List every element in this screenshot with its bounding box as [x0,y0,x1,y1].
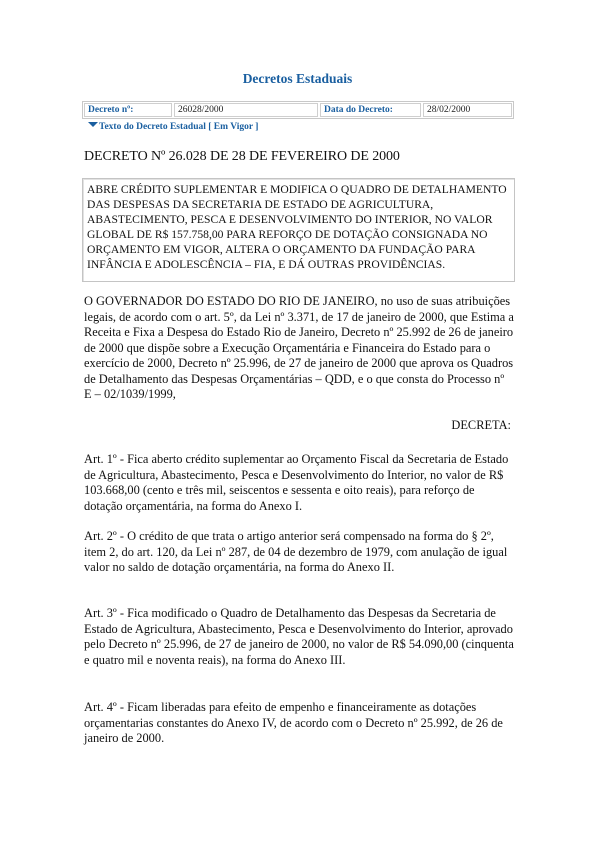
article-4: Art. 4º - Ficam liberadas para efeito de… [84,700,514,747]
article-1: Art. 1º - Fica aberto crédito suplementa… [84,452,514,514]
ementa-box: ABRE CRÉDITO SUPLEMENTAR E MODIFICA O QU… [82,178,515,282]
decree-date-value: 28/02/2000 [423,103,512,117]
decreta-label: DECRETA: [451,418,511,433]
decree-text-section-label: Texto do Decreto Estadual [ Em Vigor ] [99,122,258,132]
decree-heading: DECRETO Nº 26.028 DE 28 DE FEVEREIRO DE … [84,149,400,165]
decree-date-label: Data do Decreto: [320,103,421,117]
article-3: Art. 3º - Fica modificado o Quadro de De… [84,606,514,668]
page-title: Decretos Estaduais [0,71,595,87]
decree-text-section-toggle[interactable]: Texto do Decreto Estadual [ Em Vigor ] [88,122,258,132]
preamble-paragraph: O GOVERNADOR DO ESTADO DO RIO DE JANEIRO… [84,294,514,403]
triangle-down-icon [88,122,98,127]
decree-number-label: Decreto nº: [84,103,172,117]
decree-number-value: 26028/2000 [174,103,318,117]
article-2: Art. 2º - O crédito de que trata o artig… [84,529,514,576]
decree-info-table: Decreto nº: 26028/2000 Data do Decreto: … [82,101,514,119]
